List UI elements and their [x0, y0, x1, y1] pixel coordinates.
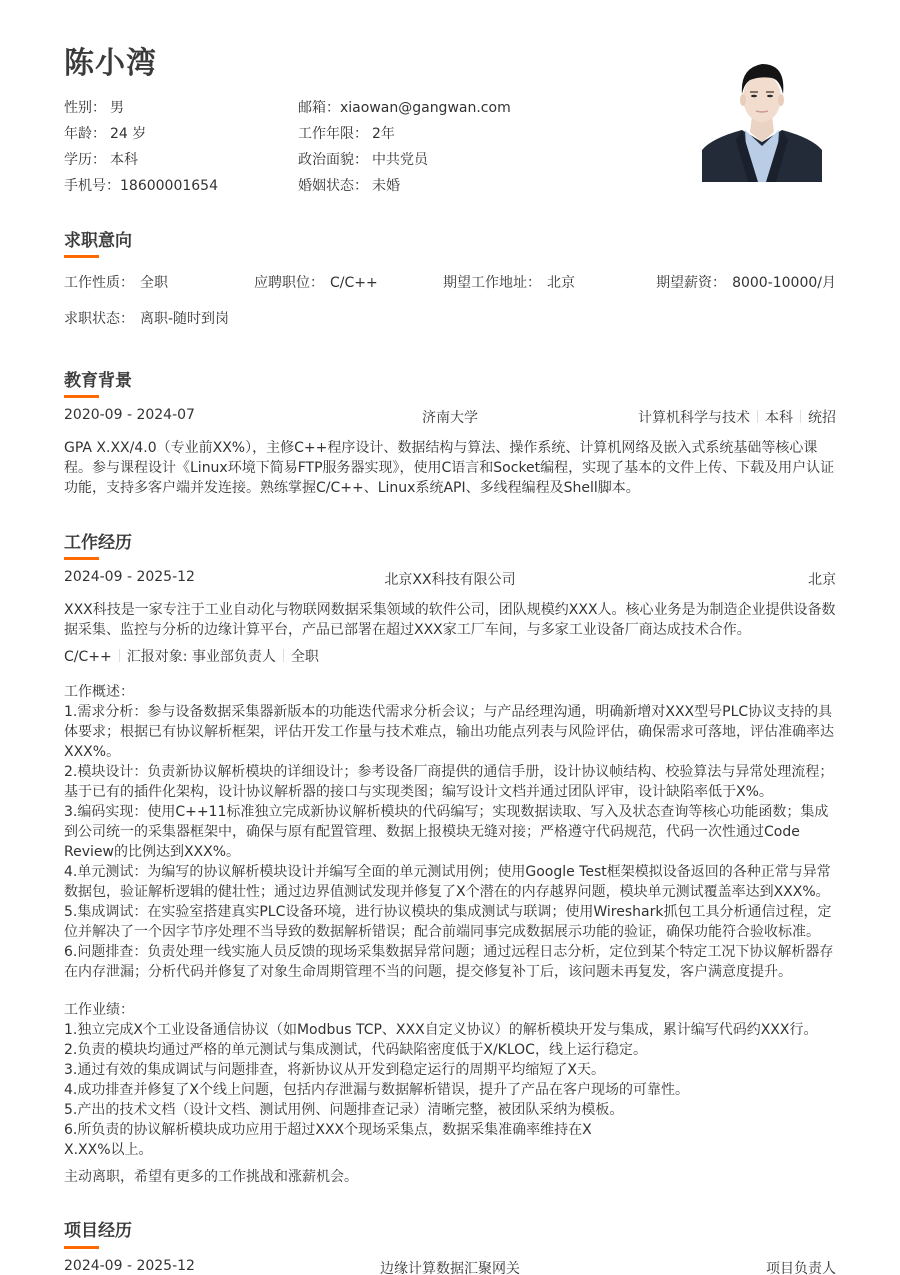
info-label: 性别： — [64, 100, 106, 116]
info-age: 年龄：24 岁 — [64, 123, 298, 143]
work-achievements: 工作业绩： 1.独立完成X个工业设备通信协议（如Modbus TCP、XXX自定… — [64, 1000, 838, 1160]
section-accent-bar — [64, 557, 99, 560]
intent-salary: 期望薪资：8000-10000/月 — [656, 272, 836, 292]
intent-status: 求职状态：离职-随时到岗 — [64, 308, 229, 328]
info-value: 男 — [110, 100, 124, 116]
divider — [283, 649, 284, 662]
education-degree: 本科 — [765, 410, 793, 426]
section-accent-bar — [64, 395, 99, 398]
intent-row: 工作性质：全职 应聘职位：C/C++ 期望工作地址：北京 期望薪资：8000-1… — [64, 272, 836, 292]
education-meta: 计算机科学与技术本科统招 — [638, 407, 836, 427]
intent-value: 北京 — [547, 275, 575, 291]
education-description: GPA X.XX/4.0（专业前XX%），主修C++程序设计、数据结构与算法、操… — [64, 438, 838, 498]
info-row: 手机号：18600001654 婚姻状态：未婚 — [64, 172, 544, 198]
education-header-row: 2020-09 - 2024-07 济南大学 计算机科学与技术本科统招 — [64, 407, 836, 427]
company-description: XXX科技是一家专注于工业自动化与物联网数据采集领域的软件公司，团队规模约XXX… — [64, 600, 838, 640]
personal-info: 性别：男 邮箱：xiaowan@gangwan.com 年龄：24 岁 工作年限… — [64, 94, 544, 198]
profile-photo — [702, 50, 822, 182]
portrait-image — [702, 50, 822, 182]
intent-value: 8000-10000/月 — [732, 275, 836, 291]
info-email: 邮箱：xiaowan@gangwan.com — [298, 97, 532, 117]
education-type: 统招 — [808, 410, 836, 426]
education-major: 计算机科学与技术 — [638, 410, 750, 426]
overview-item: 4.单元测试：为编写的协议解析模块设计并编写全面的单元测试用例；使用Google… — [64, 862, 838, 902]
overview-item: 1.需求分析：参与设备数据采集器新版本的功能迭代需求分析会议；与产品经理沟通，明… — [64, 702, 838, 762]
education-period: 2020-09 - 2024-07 — [64, 407, 195, 427]
info-row: 学历：本科 政治面貌：中共党员 — [64, 146, 544, 172]
section-accent-bar — [64, 1246, 99, 1249]
section-title-project: 项目经历 — [64, 1216, 132, 1241]
work-achievements-title: 工作业绩： — [64, 1000, 838, 1020]
info-value: 18600001654 — [120, 178, 218, 194]
info-label: 婚姻状态： — [298, 178, 368, 194]
project-header-row: 2024-09 - 2025-12 边缘计算数据汇聚网关 项目负责人 — [64, 1258, 836, 1275]
info-label: 工作年限： — [298, 126, 368, 142]
overview-item: 6.问题排查：负责处理一线实施人员反馈的现场采集数据异常问题；通过远程日志分析，… — [64, 942, 838, 982]
info-phone: 手机号：18600001654 — [64, 175, 298, 195]
achievement-item: 6.所负责的协议解析模块成功应用于超过XXX个现场采集点，数据采集准确率维持在X — [64, 1120, 838, 1140]
info-value: 未婚 — [372, 178, 400, 194]
work-header-row: 2024-09 - 2025-12 北京XX科技有限公司 北京 — [64, 569, 836, 589]
overview-item: 5.集成调试：在实验室搭建真实PLC设备环境，进行协议模块的集成测试与联调；使用… — [64, 902, 838, 942]
work-company: 北京XX科技有限公司 — [384, 572, 515, 588]
info-label: 政治面貌： — [298, 152, 368, 168]
intent-label: 求职状态： — [64, 311, 134, 327]
section-title-work: 工作经历 — [64, 528, 132, 553]
section-title-intent: 求职意向 — [64, 226, 132, 251]
info-value: 2年 — [372, 126, 395, 142]
intent-value: 全职 — [140, 275, 168, 291]
info-value: xiaowan@gangwan.com — [340, 100, 511, 116]
info-political: 政治面貌：中共党员 — [298, 149, 532, 169]
work-tag-type: 全职 — [291, 649, 319, 665]
info-work-years: 工作年限：2年 — [298, 123, 532, 143]
intent-label: 应聘职位： — [254, 275, 324, 291]
overview-item: 2.模块设计：负责新协议解析模块的详细设计；参考设备厂商提供的通信手册，设计协议… — [64, 762, 838, 802]
info-gender: 性别：男 — [64, 97, 298, 117]
work-overview: 工作概述： 1.需求分析：参与设备数据采集器新版本的功能迭代需求分析会议；与产品… — [64, 682, 838, 982]
achievement-item: 4.成功排查并修复了X个线上问题，包括内存泄漏与数据解析错误，提升了产品在客户现… — [64, 1080, 838, 1100]
achievement-item: 1.独立完成X个工业设备通信协议（如Modbus TCP、XXX自定义协议）的解… — [64, 1020, 838, 1040]
info-row: 年龄：24 岁 工作年限：2年 — [64, 120, 544, 146]
intent-label: 期望工作地址： — [443, 275, 541, 291]
info-label: 学历： — [64, 152, 106, 168]
info-value: 本科 — [110, 152, 138, 168]
work-tag-tech: C/C++ — [64, 649, 112, 665]
candidate-name: 陈小湾 — [64, 38, 157, 82]
info-row: 性别：男 邮箱：xiaowan@gangwan.com — [64, 94, 544, 120]
info-education: 学历：本科 — [64, 149, 298, 169]
divider — [800, 410, 801, 423]
project-period: 2024-09 - 2025-12 — [64, 1258, 195, 1275]
info-value: 中共党员 — [372, 152, 428, 168]
intent-value: 离职-随时到岗 — [140, 311, 229, 327]
intent-location: 期望工作地址：北京 — [443, 272, 575, 292]
project-role: 项目负责人 — [766, 1258, 836, 1275]
section-accent-bar — [64, 255, 99, 258]
intent-label: 期望薪资： — [656, 275, 726, 291]
achievement-item: 3.通过有效的集成调试与问题排查，将新协议从开发到稳定运行的周期平均缩短了X天。 — [64, 1060, 838, 1080]
divider — [119, 649, 120, 662]
intent-job-type: 工作性质：全职 — [64, 272, 168, 292]
work-tags: C/C++汇报对象: 事业部负责人全职 — [64, 647, 838, 667]
info-label: 年龄： — [64, 126, 106, 142]
info-value: 24 岁 — [110, 126, 146, 142]
section-title-education: 教育背景 — [64, 366, 132, 391]
work-city: 北京 — [808, 569, 836, 589]
achievement-item: X.XX%以上。 — [64, 1140, 838, 1160]
work-overview-title: 工作概述： — [64, 682, 838, 702]
leave-reason: 主动离职，希望有更多的工作挑战和涨薪机会。 — [64, 1167, 838, 1187]
project-name: 边缘计算数据汇聚网关 — [380, 1261, 520, 1275]
info-label: 手机号： — [64, 178, 120, 194]
intent-row: 求职状态：离职-随时到岗 — [64, 308, 836, 328]
achievement-item: 2.负责的模块均通过严格的单元测试与集成测试，代码缺陷密度低于X/KLOC，线上… — [64, 1040, 838, 1060]
intent-value: C/C++ — [330, 275, 378, 291]
achievement-item: 5.产出的技术文档（设计文档、测试用例、问题排查记录）清晰完整，被团队采纳为模板… — [64, 1100, 838, 1120]
info-marital: 婚姻状态：未婚 — [298, 175, 532, 195]
divider — [757, 410, 758, 423]
work-tag-report: 汇报对象: 事业部负责人 — [127, 649, 276, 665]
education-school: 济南大学 — [422, 410, 478, 426]
intent-label: 工作性质： — [64, 275, 134, 291]
info-label: 邮箱： — [298, 100, 340, 116]
work-period: 2024-09 - 2025-12 — [64, 569, 195, 589]
overview-item: 3.编码实现：使用C++11标准独立完成新协议解析模块的代码编写；实现数据读取、… — [64, 802, 838, 862]
intent-position: 应聘职位：C/C++ — [254, 272, 378, 292]
